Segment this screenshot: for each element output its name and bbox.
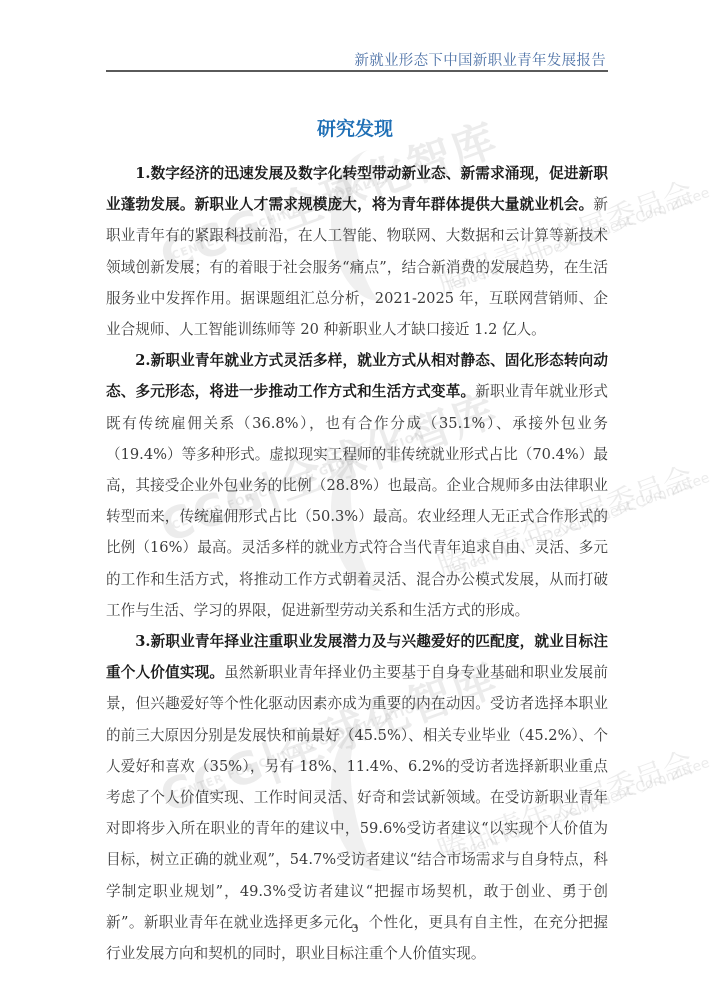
finding-body-1: 新职业青年有的紧跟科技前沿，在人工智能、物联网、大数据和云计算等新技术领域创新发…	[106, 196, 608, 338]
report-title: 新就业形态下中国新职业青年发展报告	[354, 49, 606, 70]
finding-paragraph-3: 3.新职业青年择业注重职业发展潜力及与兴趣爱好的匹配度，就业目标注重个人价值实现…	[106, 626, 608, 969]
page-number: 3	[0, 922, 710, 935]
finding-body-3: 虽然新职业青年择业仍主要基于自身专业基础和职业发展前景，但兴趣爱好等个性化驱动因…	[106, 664, 608, 962]
finding-body-2: 新职业青年就业形式既有传统雇佣关系（36.8%），也有合作分成（35.1%）、承…	[106, 383, 608, 618]
finding-paragraph-2: 2.新职业青年就业方式灵活多样，就业方式从相对静态、固化形态转向动态、多元形态，…	[106, 345, 608, 626]
running-header: 新就业形态下中国新职业青年发展报告	[106, 44, 608, 72]
finding-lead-1: 1.数字经济的迅速发展及数字化转型带动新业态、新需求涌现，促进新职业蓬勃发展。新…	[106, 165, 608, 213]
findings-body: 1.数字经济的迅速发展及数字化转型带动新业态、新需求涌现，促进新职业蓬勃发展。新…	[106, 158, 608, 969]
page-title: 研究发现	[0, 114, 710, 141]
finding-paragraph-1: 1.数字经济的迅速发展及数字化转型带动新业态、新需求涌现，促进新职业蓬勃发展。新…	[106, 158, 608, 345]
